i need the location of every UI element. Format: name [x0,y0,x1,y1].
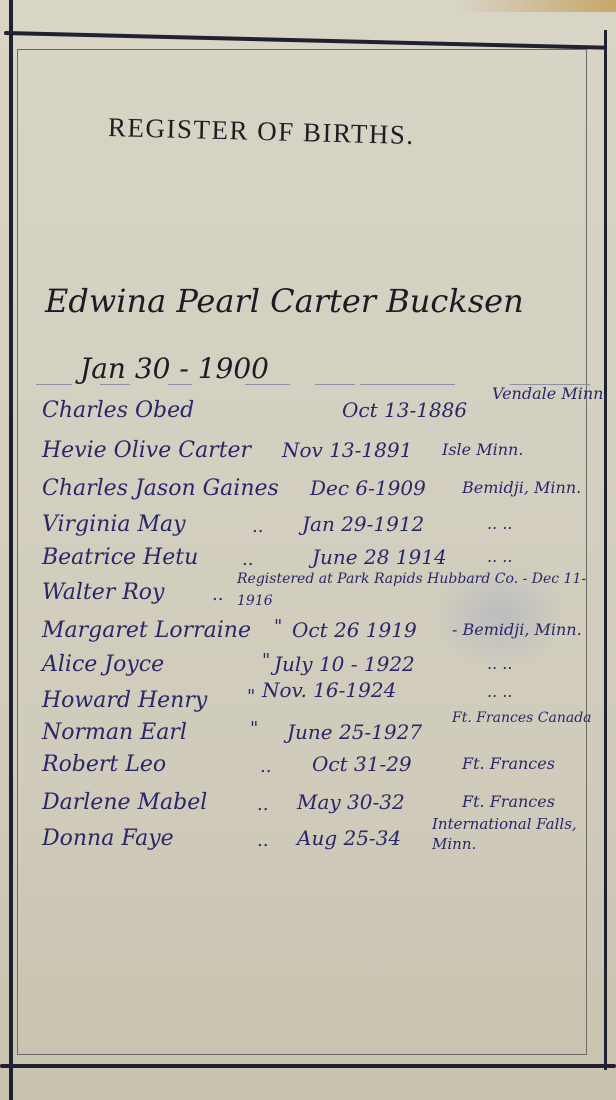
entry-place: .. .. [487,682,512,701]
entry-date: May 30-32 [297,790,405,814]
entry-name: Alice Joyce [42,652,164,677]
entry-date: Oct 31-29 [312,752,412,776]
ruled-line [245,384,290,385]
entry-place: International Falls, Minn. [432,814,612,854]
entry-date: Nov. 16-1924 [262,678,396,702]
entry-place: Vendale Minn. [492,384,609,403]
entry-date: July 10 - 1922 [274,652,415,676]
entry-name: Robert Leo [42,752,166,777]
register-page: REGISTER OF BIRTHS. Edwina Pearl Carter … [0,0,616,1100]
page-corner-shadow [456,0,616,12]
left-border-rule [9,0,13,1100]
entry-name: Howard Henry [42,688,207,713]
entry-name: Charles Obed [42,398,194,423]
entry-name: Margaret Lorraine [42,618,251,643]
ruled-line [100,384,130,385]
entry-name: Beatrice Hetu [42,545,198,570]
ruled-line [360,384,455,385]
entry-place: .. .. [487,547,512,566]
entry-name: Walter Roy [42,580,164,605]
entry-place: .. .. [487,654,512,673]
owner-birth-date: Jan 30 - 1900 [80,352,269,385]
birth-entry: Margaret Lorraine " Oct 26 1919 - Bemidj… [42,618,602,650]
ruled-line [168,384,192,385]
birth-entry: Charles Jason Gaines Dec 6-1909 Bemidji,… [42,476,602,508]
entry-place: Isle Minn. [442,440,523,459]
entry-place: .. .. [487,514,512,533]
ditto-mark: " [262,650,270,671]
entry-date: Oct 26 1919 [292,618,417,642]
birth-entry: Donna Faye .. Aug 25-34 International Fa… [42,826,602,858]
entry-name: Darlene Mabel [42,790,207,815]
ruled-line [315,384,355,385]
entry-name: Norman Earl [42,720,187,745]
ditto-mark: .. [252,516,263,537]
bottom-border-rule [0,1064,616,1068]
ditto-mark: .. [242,549,253,570]
birth-entry: Norman Earl " June 25-1927 Ft. Frances C… [42,720,602,752]
birth-entry: Hevie Olive Carter Nov 13-1891 Isle Minn… [42,438,602,470]
birth-entry: Virginia May .. Jan 29-1912 .. .. [42,512,602,544]
entry-date: Registered at Park Rapids Hubbard Co. - … [237,568,616,612]
entry-name: Donna Faye [42,826,174,851]
ditto-mark: " [250,718,258,739]
ditto-mark: .. [260,756,271,777]
entry-place: Ft. Frances [462,754,555,773]
entry-name: Charles Jason Gaines [42,476,279,501]
entry-date: Oct 13-1886 [342,398,467,422]
ditto-mark: .. [257,830,268,851]
entry-date: Nov 13-1891 [282,438,412,462]
ditto-mark: " [274,616,282,637]
top-border-rule [4,31,606,50]
entry-place: Ft. Frances [462,792,555,811]
entry-date: June 25-1927 [287,720,422,744]
birth-entry: Robert Leo .. Oct 31-29 Ft. Frances [42,752,602,784]
entry-place: - Bemidji, Minn. [452,620,582,639]
entry-date: June 28 1914 [312,545,447,569]
entry-name: Virginia May [42,512,186,537]
ditto-mark: .. [212,584,223,605]
entry-date: Dec 6-1909 [310,476,426,500]
ditto-mark: .. [257,794,268,815]
ruled-line [36,384,72,385]
birth-entry: Walter Roy .. Registered at Park Rapids … [42,580,602,612]
entry-date: Aug 25-34 [297,826,401,850]
entry-place: Bemidji, Minn. [462,478,581,497]
entry-place: Ft. Frances Canada [452,710,612,726]
owner-name: Edwina Pearl Carter Bucksen [45,282,524,320]
right-border-rule [604,30,607,1070]
ditto-mark: " [247,686,255,707]
entry-date: Jan 29-1912 [302,512,424,536]
birth-entry: Charles Obed Oct 13-1886 Vendale Minn. [42,398,602,430]
entry-name: Hevie Olive Carter [42,438,251,463]
